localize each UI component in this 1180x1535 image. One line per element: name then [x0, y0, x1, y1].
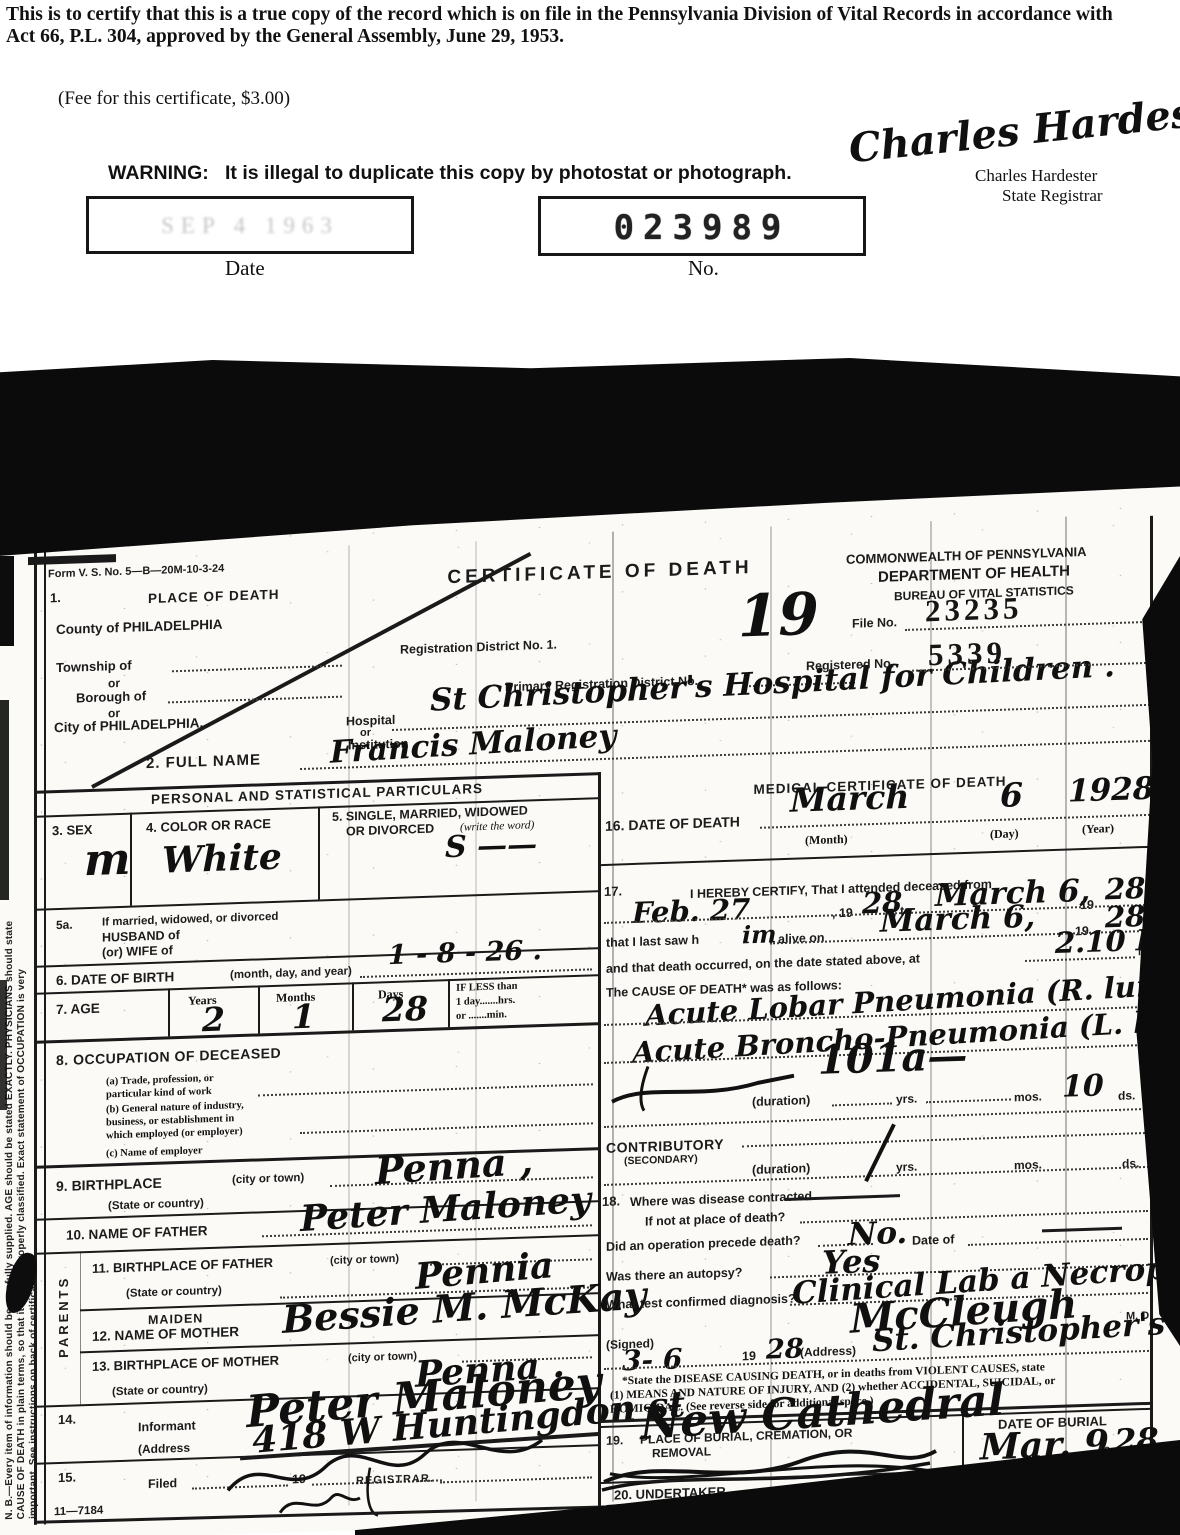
- occurred-text: and that death occurred, on the date sta…: [606, 951, 920, 975]
- year-note: (Year): [1082, 821, 1114, 837]
- item1-number: 1.: [50, 590, 61, 605]
- certificate-paper: N. B.—Every item of information should b…: [0, 473, 1180, 1535]
- signer-name: Charles Hardester: [975, 166, 1097, 186]
- warning-line: WARNING: It is illegal to duplicate this…: [108, 162, 792, 185]
- full-name-handwriting: Francis Maloney: [330, 721, 617, 769]
- father-birthplace-note1: (city or town): [330, 1253, 399, 1267]
- occurred-dots: [1025, 956, 1135, 962]
- printed-19d: 19: [742, 1349, 756, 1363]
- race-handwriting: White: [162, 839, 282, 879]
- birthplace-label: 9. BIRTHPLACE: [56, 1175, 162, 1195]
- duration-scrawl-handwriting: 101a—: [818, 1036, 967, 1081]
- top-left-mark: [28, 554, 116, 565]
- duration-dots2: [926, 1098, 1011, 1103]
- signed-year-handwriting: 28: [766, 1335, 804, 1363]
- item5a-number: 5a.: [56, 918, 73, 933]
- item19-number: 19.: [606, 1433, 623, 1448]
- mother-label: 12. NAME OF MOTHER: [92, 1324, 239, 1344]
- item18-number: 18.: [602, 1193, 620, 1209]
- left-edge-mark: [0, 980, 7, 1110]
- signed-date-handwriting: 3- 6: [622, 1345, 682, 1375]
- certification-statement: This is to certify that this is a true c…: [6, 4, 1128, 48]
- duration-dots1: [832, 1102, 892, 1106]
- date-stamp-box: SEP 4 1963: [86, 196, 414, 254]
- dob-note: (month, day, and year): [230, 965, 352, 981]
- left-edge-mark: [0, 700, 9, 900]
- mother-birthplace-label: 13. BIRTHPLACE OF MOTHER: [92, 1353, 279, 1374]
- dob-label: 6. DATE OF BIRTH: [56, 969, 174, 988]
- file-no-value: 23235: [925, 590, 1023, 629]
- scanned-death-certificate-page: { "top": { "cert_text": "This is to cert…: [0, 0, 1180, 1535]
- ifless-line1: IF LESS than: [456, 981, 517, 994]
- informant-label: Informant: [138, 1419, 196, 1435]
- registration-district: Registration District No. 1.: [400, 638, 557, 657]
- ifless-line2: 1 day.......hrs.: [456, 995, 515, 1008]
- borough-label: Borough of: [76, 688, 146, 705]
- ds-label: ds.: [1118, 1088, 1135, 1103]
- occ-b-dots: [300, 1122, 593, 1134]
- address-note: (Address): [800, 1344, 856, 1360]
- mother-handwriting: Bessie M. McKay: [281, 1276, 646, 1339]
- form-number: Form V. S. No. 5—B—20M-10-3-24: [48, 563, 224, 581]
- occupation-c: (c) Name of employer: [106, 1145, 203, 1159]
- contributory-label: CONTRIBUTORY: [606, 1136, 724, 1156]
- lastsaw-value-handwriting: March 6,: [880, 902, 1035, 938]
- death-day-handwriting: 6: [1000, 778, 1023, 812]
- signer-title: State Registrar: [1002, 186, 1103, 206]
- item15-number: 15.: [58, 1469, 76, 1485]
- father-label: 10. NAME OF FATHER: [66, 1223, 208, 1243]
- script-19: 19: [738, 585, 819, 646]
- certificate-number-box: 023989: [538, 196, 866, 256]
- birthplace-note2: (State or country): [108, 1197, 204, 1212]
- file-no-label: File No.: [852, 615, 897, 630]
- registered-no-value: 5339: [928, 635, 1006, 674]
- county-line: County of PHILADELPHIA: [56, 617, 223, 638]
- death-year-handwriting: 1928: [1068, 774, 1154, 808]
- faint-date-stamp: SEP 4 1963: [161, 213, 339, 239]
- city-line: City of PHILADELPHIA.: [54, 715, 203, 735]
- state-registrar-signature-script: Charles Hardester: [847, 87, 1180, 170]
- birthplace-note1: (city or town): [232, 1172, 304, 1186]
- father-handwriting: Peter Maloney: [299, 1181, 591, 1237]
- mother-birthplace-note2: (State or country): [112, 1383, 208, 1398]
- form-left-border: [34, 553, 37, 1525]
- month-note: (Month): [805, 832, 848, 848]
- hospital-handwriting: St Christopher's Hospital for Children .: [430, 651, 1115, 717]
- father-birthplace-note2: (State or country): [126, 1285, 222, 1300]
- department-line: DEPARTMENT OF HEALTH: [878, 563, 1070, 586]
- father-birthplace-label: 11. BIRTHPLACE OF FATHER: [92, 1255, 273, 1276]
- occupation-a2: particular kind of work: [106, 1086, 212, 1101]
- township-label: Township of: [56, 658, 132, 676]
- registered-no-label: Registered No.: [806, 656, 894, 673]
- dob-handwriting: 1 - 8 - 26 .: [388, 937, 542, 969]
- lastsaw-text1: that I last saw h: [606, 933, 699, 950]
- ifless-line3: or .......min.: [456, 1009, 507, 1022]
- date-of-death-label: 16. DATE OF DEATH: [605, 813, 740, 833]
- mos-label: mos.: [1014, 1089, 1042, 1104]
- warning-text: It is illegal to duplicate this copy by …: [225, 162, 792, 184]
- cell-divider: [318, 806, 320, 899]
- duration-label: (duration): [752, 1093, 810, 1109]
- husband-label: HUSBAND of: [102, 928, 180, 945]
- age-months-handwriting: 1: [292, 1000, 315, 1034]
- occupation-b3: which employed (or employer): [106, 1126, 243, 1142]
- fee-note: (Fee for this certificate, $3.00): [58, 88, 290, 110]
- age-years-handwriting: 2: [202, 1003, 225, 1037]
- left-edge-mark: [0, 556, 14, 646]
- contributory-dots: [742, 1132, 1149, 1148]
- race-label: 4. COLOR OR RACE: [146, 816, 271, 835]
- cell-divider: [168, 988, 170, 1036]
- rule: [601, 846, 1150, 866]
- parents-divider: [80, 1251, 81, 1404]
- autopsy-question: Was there an autopsy?: [606, 1265, 742, 1284]
- occupation-title: 8. OCCUPATION OF DECEASED: [56, 1045, 281, 1068]
- certificate-number-stamp: 023989: [614, 208, 791, 248]
- certificate-title: CERTIFICATE OF DEATH: [440, 557, 760, 590]
- secondary-label: (SECONDARY): [624, 1153, 698, 1167]
- duration-label2: (duration): [752, 1161, 810, 1177]
- occ-a-dots: [258, 1083, 593, 1096]
- item17-number: 17.: [604, 883, 622, 899]
- form-print-number: 11—7184: [54, 1505, 103, 1519]
- wife-label: (or) WIFE of: [102, 943, 173, 959]
- dateof-dash: [1042, 1227, 1122, 1233]
- date-box-label: Date: [225, 256, 265, 281]
- yrs-label: yrs.: [896, 1092, 917, 1107]
- contracted-text2: If not at place of death?: [645, 1210, 785, 1229]
- number-box-label: No.: [688, 256, 719, 281]
- informant-address-label: (Address: [138, 1441, 190, 1457]
- cell-divider: [258, 985, 260, 1033]
- parents-vertical-label: PARENTS: [56, 1275, 71, 1358]
- sex-handwriting: m: [84, 838, 131, 884]
- form-left-border-inner: [44, 552, 46, 1524]
- age-label: 7. AGE: [56, 1001, 100, 1017]
- dateof-dots: [968, 1238, 1148, 1246]
- mother-birthplace-note1: (city or town): [348, 1350, 417, 1364]
- item5a-text: If married, widowed, or divorced: [102, 911, 278, 929]
- cell-divider: [448, 979, 450, 1027]
- death-month-handwriting: March: [790, 780, 909, 817]
- marital-label-2: OR DIVORCED: [346, 822, 434, 839]
- item14-number: 14.: [58, 1411, 76, 1427]
- full-name-label: 2. FULL NAME: [146, 751, 261, 772]
- margin-note-line2: CAUSE OF DEATH in plain terms, so that i…: [16, 969, 27, 1520]
- marital-handwriting: S ——: [445, 830, 537, 863]
- rule-heavy: [36, 1022, 601, 1044]
- attended-from-handwriting: Feb. 27: [632, 895, 750, 928]
- place-of-death-label: PLACE OF DEATH: [148, 587, 280, 606]
- filed-label: Filed: [148, 1476, 177, 1491]
- occupation-a1: (a) Trade, profession, or: [106, 1073, 214, 1088]
- cell-divider: [352, 982, 354, 1030]
- date-of-label: Date of: [912, 1232, 954, 1247]
- contributory-stroke: [860, 1122, 900, 1183]
- day-note: (Day): [990, 826, 1019, 842]
- duration-days-handwriting: 10: [1062, 1071, 1104, 1102]
- warning-label: WARNING:: [108, 162, 209, 184]
- age-days-handwriting: 28: [382, 992, 428, 1027]
